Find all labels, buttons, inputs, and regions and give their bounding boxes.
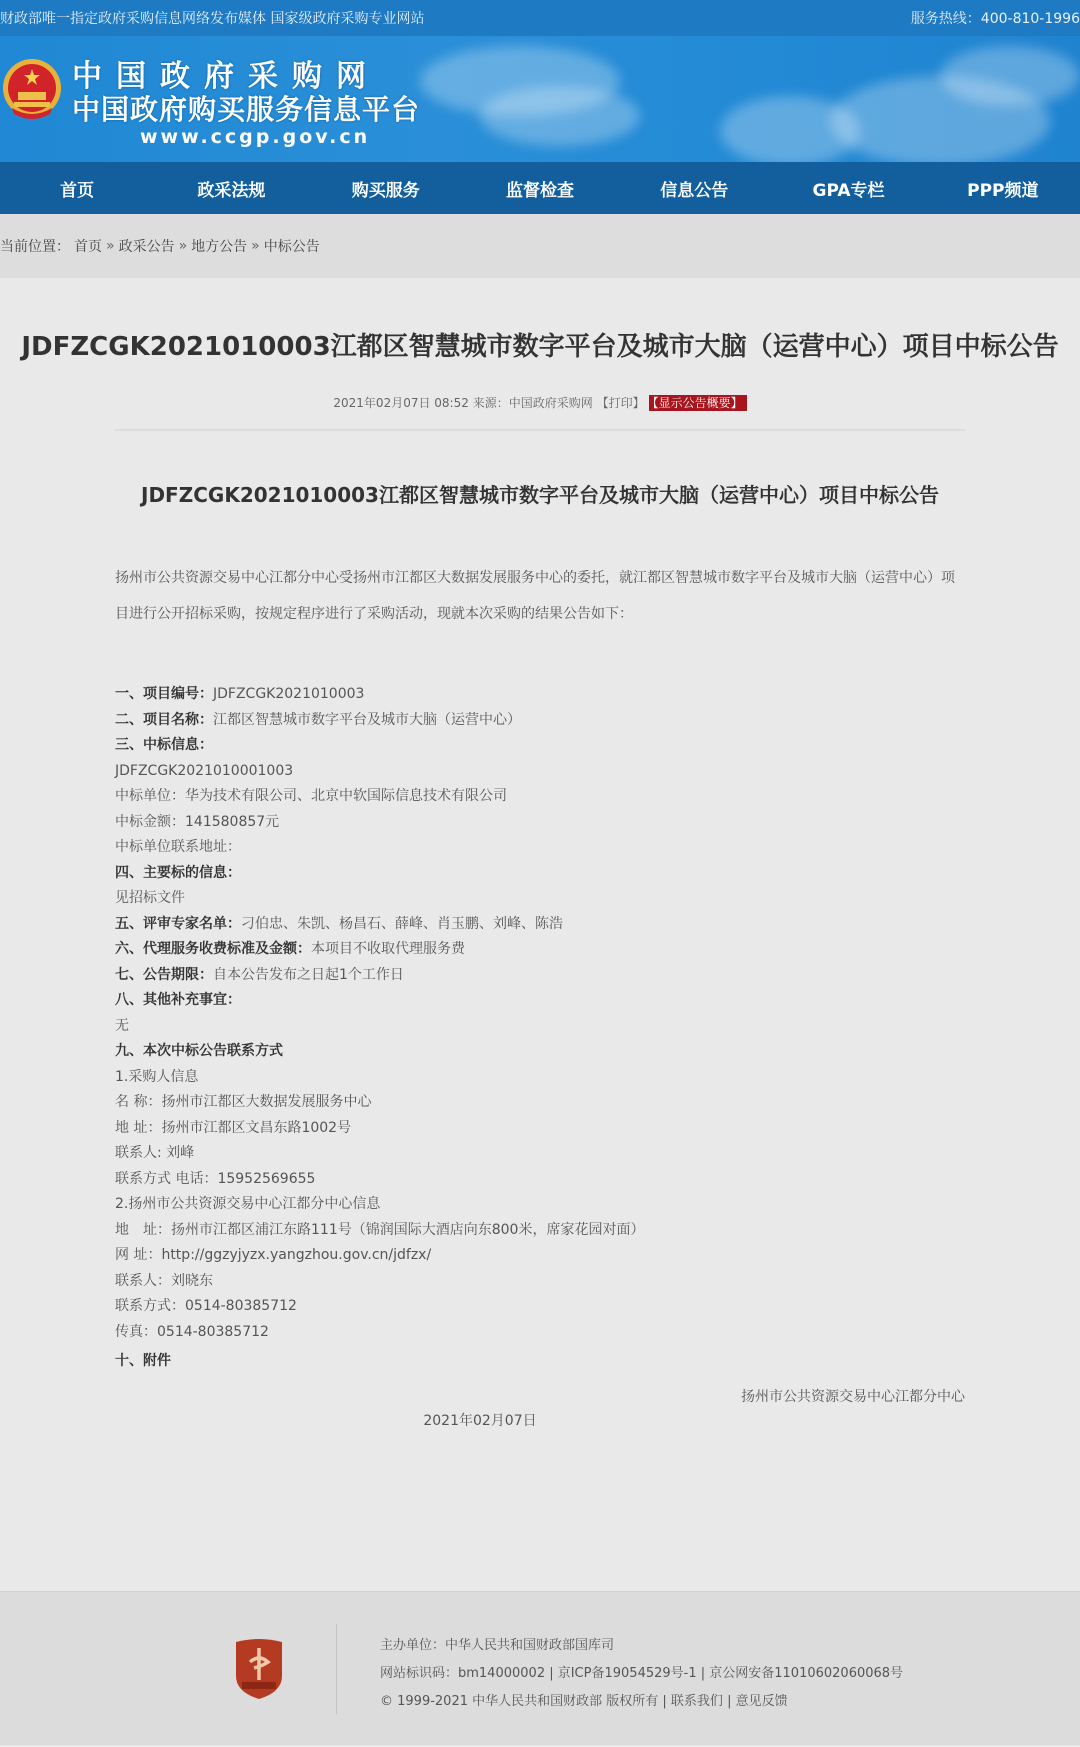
top-bar: 财政部唯一指定政府采购信息网络发布媒体 国家级政府采购专业网站 服务热线：400… <box>0 0 1080 36</box>
nav-purchase-services[interactable]: 购买服务 <box>309 176 463 201</box>
breadcrumb: 当前位置： 首页 » 政采公告 » 地方公告 » 中标公告 <box>0 214 1080 278</box>
article-page: JDFZCGK2021010003江都区智慧城市数字平台及城市大脑（运营中心）项… <box>0 278 1080 1591</box>
breadcrumb-home[interactable]: 首页 <box>74 236 102 256</box>
purchaser-name: 名 称：扬州市江都区大数据发展服务中心 <box>115 1090 965 1116</box>
announcement-items: 一、项目编号：JDFZCGK2021010003 二、项目名称：江都区智慧城市数… <box>115 682 965 1375</box>
source-label: 来源： <box>473 396 509 410</box>
item-value: 自本公告发布之日起1个工作日 <box>213 967 404 983</box>
footer-divider <box>336 1624 337 1714</box>
footer-site-id: 网站标识码：bm14000002 | 京ICP备19054529号-1 | 京公… <box>380 1660 903 1688</box>
site-logo[interactable]: 中国政府采购网 中国政府购买服务信息平台 www.ccgp.gov.cn <box>72 60 420 148</box>
footer-separator: | <box>658 1694 671 1709</box>
breadcrumb-award-announcements[interactable]: 中标公告 <box>264 236 320 256</box>
breadcrumb-prefix: 当前位置： <box>0 236 70 256</box>
item-announcement-period: 七、公告期限：自本公告发布之日起1个工作日 <box>115 963 965 989</box>
agency-heading: 2.扬州市公共资源交易中心江都分中心信息 <box>115 1192 965 1218</box>
item-label: 十、附件 <box>115 1353 171 1369</box>
item-label: 二、项目名称： <box>115 712 213 728</box>
footer-separator: | <box>723 1694 736 1709</box>
award-amount: 中标金额：141580857元 <box>115 810 965 836</box>
item-value: 刁伯忠、朱凯、杨昌石、薛峰、肖玉鹏、刘峰、陈浩 <box>241 916 563 932</box>
nav-ppp[interactable]: PPP频道 <box>926 176 1080 201</box>
item-label: 六、代理服务收费标准及金额： <box>115 941 311 957</box>
item-main-subject: 四、主要标的信息： <box>115 861 965 887</box>
award-package-number: JDFZCGK2021010001003 <box>115 759 965 785</box>
item-attachments: 十、附件 <box>115 1349 965 1375</box>
item-label: 一、项目编号： <box>115 686 213 702</box>
site-footer: 主办单位：中华人民共和国财政部国库司 网站标识码：bm14000002 | 京I… <box>0 1591 1080 1745</box>
breadcrumb-local-announcements[interactable]: 地方公告 <box>191 236 247 256</box>
purchaser-contact: 联系人: 刘峰 <box>115 1141 965 1167</box>
breadcrumb-separator: » <box>251 238 260 254</box>
footer-sponsor: 主办单位：中华人民共和国财政部国库司 <box>380 1632 903 1660</box>
national-emblem-icon[interactable] <box>2 56 62 122</box>
item-label: 五、评审专家名单： <box>115 916 241 932</box>
article-subtitle: JDFZCGK2021010003江都区智慧城市数字平台及城市大脑（运营中心）项… <box>0 479 1080 508</box>
party-government-badge-icon[interactable] <box>232 1636 286 1700</box>
cloud-decoration <box>480 86 640 146</box>
page-title: JDFZCGK2021010003江都区智慧城市数字平台及城市大脑（运营中心）项… <box>0 278 1080 366</box>
item-agency-fee: 六、代理服务收费标准及金额：本项目不收取代理服务费 <box>115 937 965 963</box>
footer-info: 主办单位：中华人民共和国财政部国库司 网站标识码：bm14000002 | 京I… <box>380 1632 903 1716</box>
title-divider <box>115 429 965 431</box>
site-banner: 中国政府采购网 中国政府购买服务信息平台 www.ccgp.gov.cn <box>0 36 1080 162</box>
item-expert-list: 五、评审专家名单：刁伯忠、朱凯、杨昌石、薛峰、肖玉鹏、刘峰、陈浩 <box>115 912 965 938</box>
source-name: 中国政府采购网 <box>509 396 593 410</box>
signature: 扬州市公共资源交易中心江都分中心 <box>115 1385 965 1409</box>
item-award-info: 三、中标信息： <box>115 733 965 759</box>
footer-copyright: © 1999-2021 中华人民共和国财政部 版权所有 <box>380 1694 658 1709</box>
nav-gpa[interactable]: GPA专栏 <box>771 176 925 201</box>
purchaser-heading: 1.采购人信息 <box>115 1065 965 1091</box>
intro-paragraph: 扬州市公共资源交易中心江都分中心受扬州市江都区大数据发展服务中心的委托，就江都区… <box>115 560 965 632</box>
other-matters-value: 无 <box>115 1014 965 1040</box>
item-project-name: 二、项目名称：江都区智慧城市数字平台及城市大脑（运营中心） <box>115 708 965 734</box>
purchaser-phone: 联系方式 电话：15952569655 <box>115 1167 965 1193</box>
platform-name: 中国政府购买服务信息平台 <box>72 94 420 126</box>
agency-fax: 传真：0514-80385712 <box>115 1320 965 1346</box>
contact-us-link[interactable]: 联系我们 <box>671 1694 723 1709</box>
site-url: www.ccgp.gov.cn <box>140 126 420 148</box>
award-winner: 中标单位：华为技术有限公司、北京中软国际信息技术有限公司 <box>115 784 965 810</box>
show-summary-button[interactable]: 【显示公告概要】 <box>649 395 747 411</box>
item-other-matters: 八、其他补充事宜： <box>115 988 965 1014</box>
print-link[interactable]: 【打印】 <box>597 396 645 410</box>
feedback-link[interactable]: 意见反馈 <box>736 1694 788 1709</box>
item-label: 八、其他补充事宜： <box>115 992 241 1008</box>
publish-datetime: 2021年02月07日 08:52 <box>333 396 468 410</box>
service-hotline: 服务热线：400-810-1996 <box>911 8 1080 28</box>
footer-copyright-row: © 1999-2021 中华人民共和国财政部 版权所有 | 联系我们 | 意见反… <box>380 1688 903 1716</box>
article-body: 扬州市公共资源交易中心江都分中心受扬州市江都区大数据发展服务中心的委托，就江都区… <box>115 560 965 1433</box>
item-value: 本项目不收取代理服务费 <box>311 941 465 957</box>
nav-procurement-laws[interactable]: 政采法规 <box>154 176 308 201</box>
breadcrumb-separator: » <box>179 238 188 254</box>
agency-phone: 联系方式：0514-80385712 <box>115 1294 965 1320</box>
agency-website[interactable]: 网 址：http://ggzyjyzx.yangzhou.gov.cn/jdfz… <box>115 1243 965 1269</box>
item-label: 四、主要标的信息： <box>115 865 241 881</box>
main-nav: 首页 政采法规 购买服务 监督检查 信息公告 GPA专栏 PPP频道 <box>0 162 1080 214</box>
item-contact-info: 九、本次中标公告联系方式 <box>115 1039 965 1065</box>
nav-home[interactable]: 首页 <box>0 176 154 201</box>
nav-supervision[interactable]: 监督检查 <box>463 176 617 201</box>
cloud-decoration <box>940 46 1080 106</box>
item-value: 江都区智慧城市数字平台及城市大脑（运营中心） <box>213 712 521 728</box>
item-project-number: 一、项目编号：JDFZCGK2021010003 <box>115 682 965 708</box>
signature-date: 2021年02月07日 <box>0 1409 965 1433</box>
purchaser-address: 地 址：扬州市江都区文昌东路1002号 <box>115 1116 965 1142</box>
article-meta: 2021年02月07日 08:52 来源：中国政府采购网 【打印】【显示公告概要… <box>0 394 1080 411</box>
breadcrumb-gov-announcements[interactable]: 政采公告 <box>119 236 175 256</box>
item-label: 三、中标信息： <box>115 737 213 753</box>
site-name: 中国政府采购网 <box>72 60 420 94</box>
item-label: 九、本次中标公告联系方式 <box>115 1043 283 1059</box>
site-slogan: 财政部唯一指定政府采购信息网络发布媒体 国家级政府采购专业网站 <box>0 8 424 28</box>
item-label: 七、公告期限： <box>115 967 213 983</box>
main-subject-value: 见招标文件 <box>115 886 965 912</box>
agency-address: 地 址：扬州市江都区浦江东路111号（锦润国际大酒店向东800米，席家花园对面） <box>115 1218 965 1244</box>
award-winner-address: 中标单位联系地址： <box>115 835 965 861</box>
nav-announcements[interactable]: 信息公告 <box>617 176 771 201</box>
breadcrumb-separator: » <box>106 238 115 254</box>
item-value: JDFZCGK2021010003 <box>213 686 364 702</box>
agency-contact: 联系人：刘晓东 <box>115 1269 965 1295</box>
